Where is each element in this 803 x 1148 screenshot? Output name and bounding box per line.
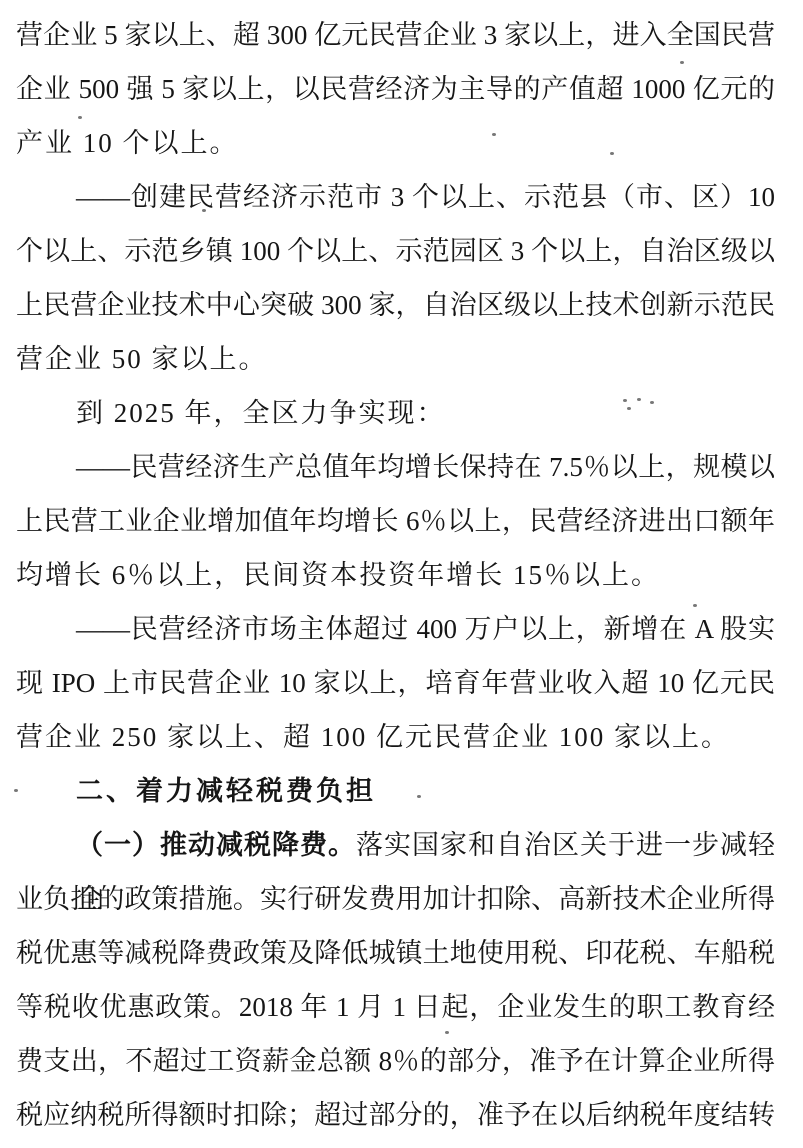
scan-speck bbox=[492, 133, 496, 136]
scan-speck bbox=[623, 399, 627, 402]
text-line: ——创建民营经济示范市 3 个以上、示范县（市、区）10 bbox=[16, 170, 775, 224]
text-line: 营企业 5 家以上、超 300 亿元民营企业 3 家以上，进入全国民营 bbox=[16, 8, 775, 62]
text-line: 业负担的政策措施。实行研发费用加计扣除、高新技术企业所得 bbox=[16, 872, 775, 926]
text-line: 到 2025 年，全区力争实现： bbox=[16, 386, 775, 440]
document-body: 营企业 5 家以上、超 300 亿元民营企业 3 家以上，进入全国民营企业 50… bbox=[16, 8, 775, 1148]
scan-speck bbox=[637, 398, 641, 401]
text-line: 费支出，不超过工资薪金总额 8％的部分，准予在计算企业所得 bbox=[16, 1034, 775, 1088]
text-line: 营企业 50 家以上。 bbox=[16, 332, 775, 386]
text-line: 上民营企业技术中心突破 300 家，自治区级以上技术创新示范民 bbox=[16, 278, 775, 332]
text-line: （一）推动减税降费。落实国家和自治区关于进一步减轻企 bbox=[16, 818, 775, 872]
scan-speck bbox=[627, 407, 631, 410]
scan-speck bbox=[445, 1031, 449, 1034]
text-line: 等税收优惠政策。2018 年 1 月 1 日起，企业发生的职工教育经 bbox=[16, 980, 775, 1034]
clause-title: （一）推动减税降费。 bbox=[76, 830, 356, 860]
text-line: 个以上、示范乡镇 100 个以上、示范园区 3 个以上，自治区级以 bbox=[16, 224, 775, 278]
text-line: ——民营经济生产总值年均增长保持在 7.5％以上，规模以 bbox=[16, 440, 775, 494]
text-line: 税优惠等减税降费政策及降低城镇土地使用税、印花税、车船税 bbox=[16, 926, 775, 980]
text-line: 企业 500 强 5 家以上，以民营经济为主导的产值超 1000 亿元的 bbox=[16, 62, 775, 116]
scan-speck bbox=[693, 604, 697, 607]
scan-speck bbox=[650, 401, 654, 404]
text-line: 产业 10 个以上。 bbox=[16, 116, 775, 170]
text-line: 现 IPO 上市民营企业 10 家以上，培育年营业收入超 10 亿元民 bbox=[16, 656, 775, 710]
text-line: 上民营工业企业增加值年均增长 6％以上，民营经济进出口额年 bbox=[16, 494, 775, 548]
scan-speck bbox=[417, 795, 421, 798]
text-line: 税应纳税所得额时扣除；超过部分的，准予在以后纳税年度结转 bbox=[16, 1088, 775, 1142]
text-line: ——民营经济市场主体超过 400 万户以上，新增在 A 股实 bbox=[16, 602, 775, 656]
scan-speck bbox=[14, 789, 18, 792]
section-heading: 二、着力减轻税费负担 bbox=[16, 764, 775, 818]
scan-speck bbox=[610, 152, 614, 155]
scan-speck bbox=[202, 209, 206, 212]
text-line: 均增长 6％以上，民间资本投资年增长 15％以上。 bbox=[16, 548, 775, 602]
document-page: 营企业 5 家以上、超 300 亿元民营企业 3 家以上，进入全国民营企业 50… bbox=[0, 0, 803, 1148]
text-line: 营企业 250 家以上、超 100 亿元民营企业 100 家以上。 bbox=[16, 710, 775, 764]
scan-speck bbox=[78, 116, 82, 119]
scan-speck bbox=[680, 61, 684, 64]
